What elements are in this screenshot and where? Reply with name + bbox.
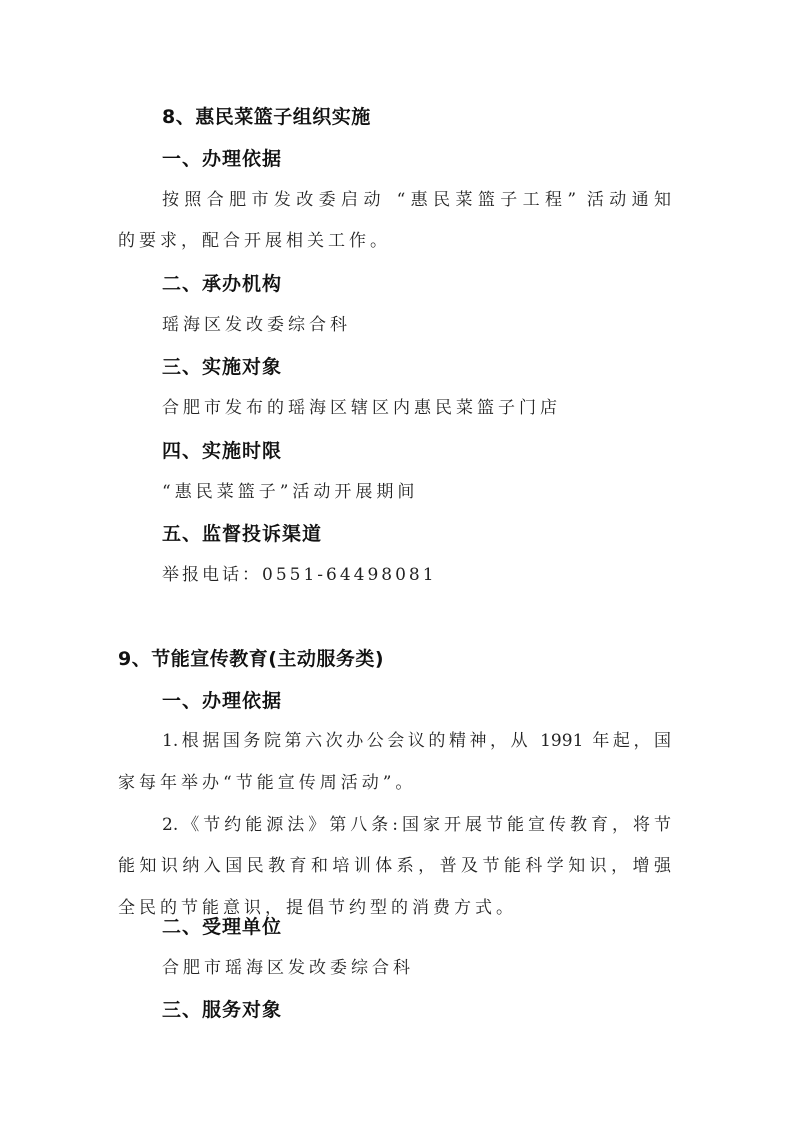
item-9-basis-2-line-1: 2.《节约能源法》第八条:国家开展节能宣传教育，将节 <box>162 817 671 834</box>
item-9-basis-2-line-2: 能知识纳入国民教育和培训体系，普及节能科学知识，增强 <box>118 858 671 875</box>
item-8-target-text: 合肥市发布的瑶海区辖区内惠民菜篮子门店 <box>162 400 561 417</box>
document-page: 8、惠民菜篮子组织实施 一、办理依据 按照合肥市发改委启动 “惠民菜篮子工程” … <box>0 0 792 1122</box>
item-9-basis-2-line-3: 全民的节能意识，提倡节约型的消费方式。 <box>118 900 517 917</box>
item-9-basis-1-line-2: 家每年举办“节能宣传周活动”。 <box>118 775 416 792</box>
item-8-time-text: “惠民菜篮子”活动开展期间 <box>162 484 418 501</box>
item-9-unit-heading: 二、受理单位 <box>162 918 282 937</box>
item-8-complaint-heading: 五、监督投诉渠道 <box>162 525 322 544</box>
item-8-basis-heading: 一、办理依据 <box>162 150 282 169</box>
item-8-org-heading: 二、承办机构 <box>162 275 282 294</box>
item-9-basis-1-line-1: 1.根据国务院第六次办公会议的精神，从 1991 年起，国 <box>162 733 671 750</box>
item-9-title: 9、节能宣传教育(主动服务类) <box>118 650 384 669</box>
item-9-target-heading: 三、服务对象 <box>162 1001 282 1020</box>
item-8-basis-text-line-1: 按照合肥市发改委启动 “惠民菜篮子工程” 活动通知 <box>162 192 671 209</box>
item-8-basis-text-line-2: 的要求，配合开展相关工作。 <box>118 233 391 250</box>
item-8-time-heading: 四、实施时限 <box>162 442 282 461</box>
item-8-org-text: 瑶海区发改委综合科 <box>162 317 351 334</box>
item-8-title: 8、惠民菜篮子组织实施 <box>162 108 371 127</box>
item-9-basis-heading: 一、办理依据 <box>162 692 282 711</box>
item-9-unit-text: 合肥市瑶海区发改委综合科 <box>162 960 414 977</box>
item-8-target-heading: 三、实施对象 <box>162 358 282 377</box>
item-8-complaint-phone: 举报电话：0551-64498081 <box>162 567 437 584</box>
